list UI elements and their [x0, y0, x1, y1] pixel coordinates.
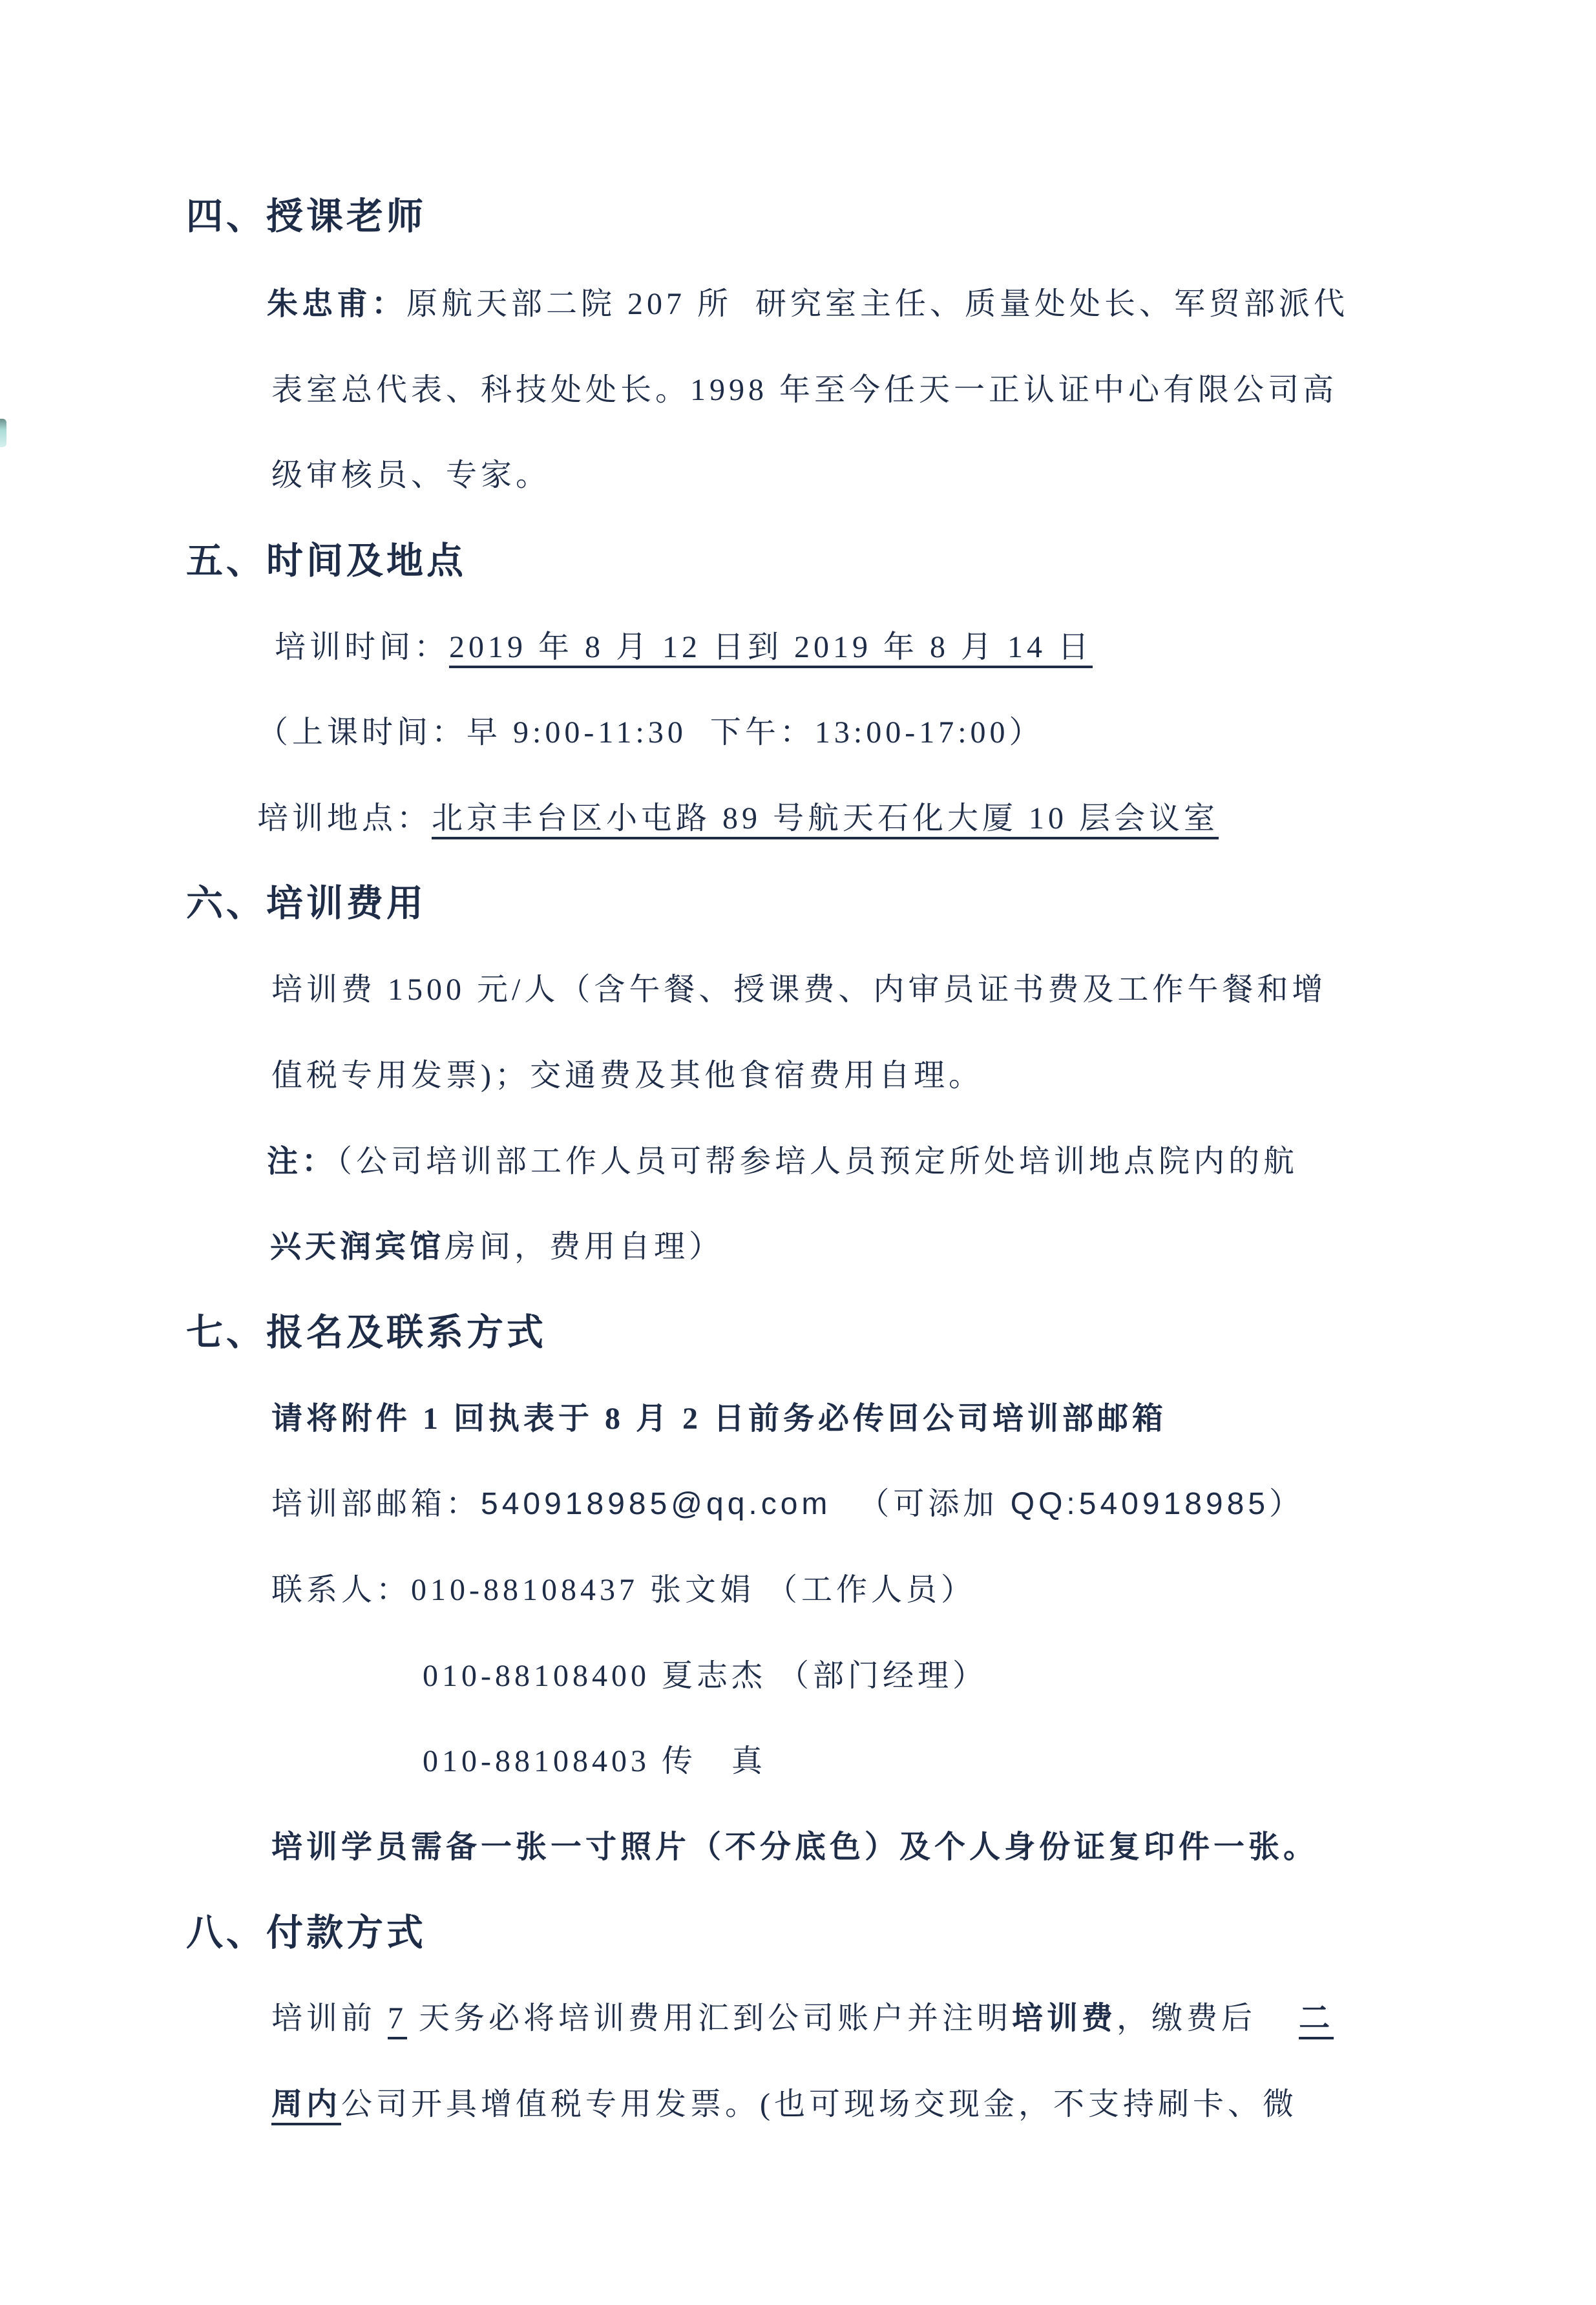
contact-line-1: 联系人：010-88108437 张文娟 （工作人员）: [271, 1572, 976, 1608]
payment-line-1: 培训前 7 天务必将培训费用汇到公司账户并注明培训费，缴费后二: [271, 2001, 1334, 2036]
payment-line-2: 周内公司开具增值税专用发票。(也可现场交现金，不支持刷卡、微: [271, 2087, 1297, 2122]
hotel-name: 兴天润宾馆: [270, 1230, 445, 1264]
fee-note-line-2: 兴天润宾馆房间，费用自理）: [270, 1229, 724, 1265]
scanned-document-page: 四、授课老师 朱忠甫：原航天部二院 207 所 研究室主任、质量处处长、军贸部派…: [0, 0, 1596, 2305]
fax-label: 传 真: [662, 1744, 766, 1778]
teacher-name: 朱忠甫：: [267, 287, 406, 321]
contact-role-2: （部门经理）: [778, 1659, 987, 1693]
photo-notice-line: 培训学员需备一张一寸照片（不分底色）及个人身份证复印件一张。: [271, 1829, 1318, 1865]
note-text-2: 房间，费用自理）: [445, 1230, 724, 1264]
contact-label: 联系人：: [271, 1573, 411, 1607]
contact-person-2: 夏志杰: [662, 1659, 766, 1693]
fee-note-line-1: 注：（公司培训部工作人员可帮参培人员预定所处培训地点院内的航: [267, 1144, 1298, 1179]
contact-line-3: 010-88108403 传 真: [423, 1743, 766, 1779]
training-time-value: 2019 年 8 月 12 日到 2019 年 8 月 14 日: [449, 630, 1093, 664]
email-note: （可添加 QQ:540918985）: [858, 1487, 1304, 1521]
payment-weeks-part-2: 周内: [271, 2087, 341, 2121]
contact-phone-2: 010-88108400: [423, 1659, 650, 1693]
payment-text-rest: 公司开具增值税专用发票。(也可现场交现金，不支持刷卡、微: [341, 2087, 1297, 2121]
payment-weeks-part-1: 二: [1299, 2001, 1334, 2036]
email-address: 540918985@qq.com: [481, 1487, 831, 1521]
payment-text-mid: 天务必将培训费用汇到公司账户并注明: [407, 2001, 1012, 2036]
payment-text-post: ，缴费后: [1117, 2001, 1256, 2036]
section-8-heading: 八、付款方式: [186, 1912, 426, 1955]
fee-line-2: 值税专用发票)；交通费及其他食宿费用自理。: [271, 1058, 983, 1093]
note-text-1: （公司培训部工作人员可帮参培人员预定所处培训地点院内的航: [337, 1144, 1298, 1179]
contact-phone-1: 010-88108437: [411, 1573, 638, 1607]
payment-days: 7: [388, 2001, 407, 2036]
section-6-heading: 六、培训费用: [186, 883, 426, 925]
section-7-heading: 七、报名及联系方式: [186, 1312, 547, 1354]
scan-artifact: [0, 419, 6, 447]
section-5-heading: 五、时间及地点: [186, 540, 467, 583]
training-time-label: 培训时间：: [275, 630, 449, 664]
payment-text-pre: 培训前: [271, 2001, 388, 2036]
contact-phone-3: 010-88108403: [423, 1744, 650, 1778]
attachment-notice-line: 请将附件 1 回执表于 8 月 2 日前务必传回公司培训部邮箱: [271, 1401, 1167, 1437]
teacher-intro-line-2: 表室总代表、科技处处长。1998 年至今任天一正认证中心有限公司高: [271, 372, 1338, 408]
contact-person-1: 张文娟: [650, 1573, 755, 1607]
fee-line-1: 培训费 1500 元/人（含午餐、授课费、内审员证书费及工作午餐和增: [271, 972, 1327, 1007]
training-place-value: 北京丰台区小屯路 89 号航天石化大厦 10 层会议室: [432, 801, 1219, 836]
training-place-label: 培训地点：: [257, 801, 432, 836]
contact-line-2: 010-88108400 夏志杰 （部门经理）: [423, 1658, 987, 1694]
teacher-intro-line-3: 级审核员、专家。: [271, 458, 551, 493]
training-place-line: 培训地点：北京丰台区小屯路 89 号航天石化大厦 10 层会议室: [257, 801, 1219, 836]
note-label: 注：: [267, 1144, 337, 1179]
teacher-intro-line-1: 朱忠甫：原航天部二院 207 所 研究室主任、质量处处长、军贸部派代: [267, 286, 1349, 322]
training-time-line: 培训时间：2019 年 8 月 12 日到 2019 年 8 月 14 日: [275, 629, 1093, 665]
teacher-credentials-1: 原航天部二院 207 所 研究室主任、质量处处长、军贸部派代: [406, 287, 1349, 321]
section-4-heading: 四、授课老师: [186, 196, 426, 238]
email-line: 培训部邮箱：540918985@qq.com（可添加 QQ:540918985）: [271, 1486, 1304, 1522]
contact-role-1: （工作人员）: [766, 1573, 976, 1607]
payment-fee-label: 培训费: [1012, 2001, 1117, 2036]
email-label: 培训部邮箱：: [271, 1487, 481, 1521]
class-hours-line: （上课时间：早 9:00-11:30 下午：13:00-17:00）: [257, 715, 1044, 750]
